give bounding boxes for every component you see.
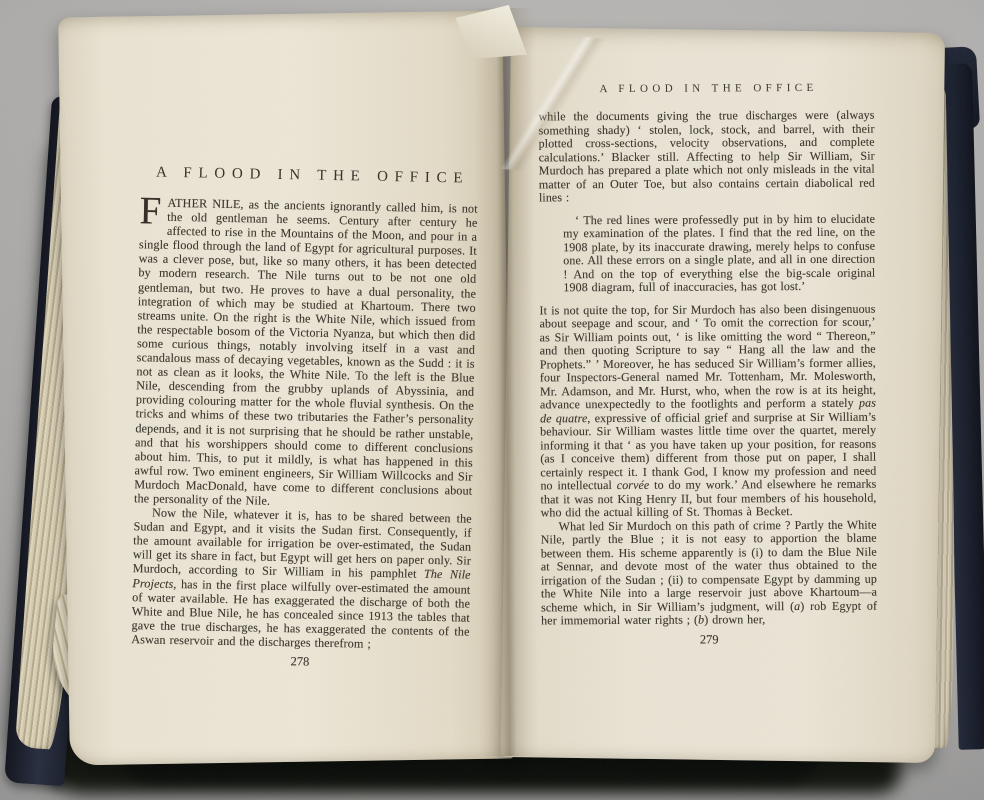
body-paragraph: It is not quite the top, for Sir Murdoch… [539,302,876,520]
left-page-number: 278 [131,651,469,672]
text-run: while the documents giving the true disc… [538,108,874,205]
text-run: ATHER NILE, as the ancients ignorantly c… [134,196,478,508]
left-page-body: FATHER NILE, as the ancients ignorantly … [131,195,478,652]
text-run: ) drown her, [704,612,765,626]
right-page-content: A FLOOD IN THE OFFICE while the document… [538,82,877,648]
body-paragraph: while the documents giving the true disc… [538,109,874,205]
book-photo-scene: A FLOOD IN THE OFFICE FATHER NILE, as th… [0,0,984,800]
drop-cap: F [139,195,167,225]
running-head: A FLOOD IN THE OFFICE [538,82,874,96]
body-paragraph: FATHER NILE, as the ancients ignorantly … [134,195,478,511]
text-run: Now the Nile, whatever it is, has to be … [133,506,472,582]
block-quote-paragraph: ‘ The red lines were professedly put in … [563,212,875,295]
text-run: ‘ The red lines were professedly put in … [563,211,875,294]
text-run: , has in the first place wilfully over-e… [131,577,470,651]
body-paragraph: Now the Nile, whatever it is, has to be … [131,505,472,652]
body-paragraph: What led Sir Murdoch on this path of cri… [541,518,878,628]
text-run: It is not quite the top, for Sir Murdoch… [539,301,875,411]
right-page: A FLOOD IN THE OFFICE while the document… [501,27,945,763]
right-page-body: while the documents giving the true disc… [538,109,877,628]
right-page-number: 279 [541,631,877,648]
chapter-title: A FLOOD IN THE OFFICE [140,164,478,187]
italic-text: corvée [617,478,650,492]
left-page-content: A FLOOD IN THE OFFICE FATHER NILE, as th… [131,164,479,672]
left-page: A FLOOD IN THE OFFICE FATHER NILE, as th… [58,11,514,766]
